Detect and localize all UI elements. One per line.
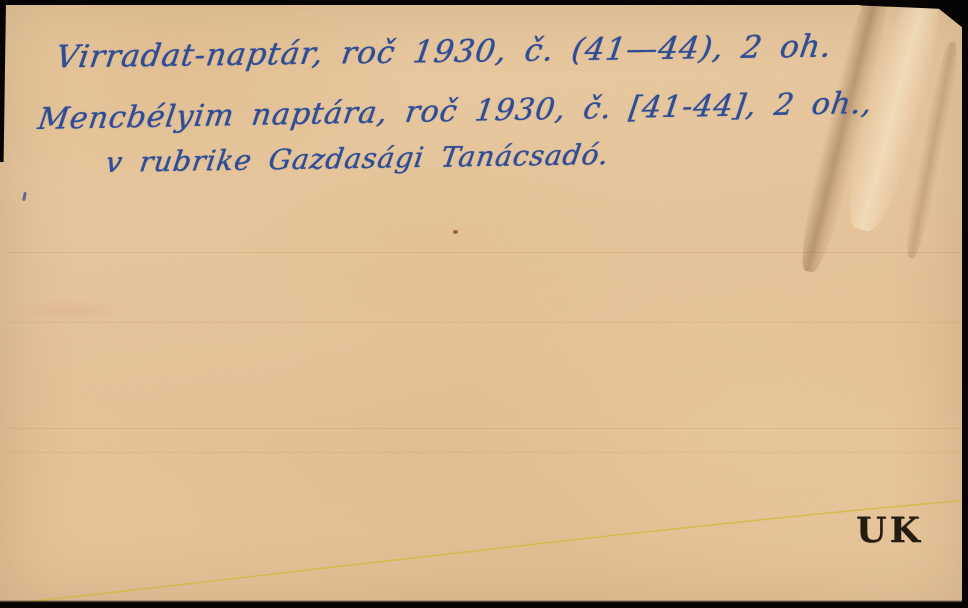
paper-speck: [453, 230, 458, 234]
paper-streak: [8, 428, 960, 429]
handwriting-line-2: Mencbélyim naptára, roč 1930, č. [41-44]…: [36, 86, 875, 137]
scanned-catalog-card: Virradat-naptár, roč 1930, č. (41—44), 2…: [0, 0, 968, 608]
handwriting-line-3: v rubrike Gazdasági Tanácsadó.: [104, 138, 612, 179]
stray-ink-mark: [22, 192, 27, 201]
handwriting-line-1: Virradat-naptár, roč 1930, č. (41—44), 2…: [53, 29, 834, 76]
library-stamp: UK: [856, 510, 923, 551]
scan-edge-top: [0, 0, 968, 5]
scan-edge-bottom: [0, 600, 968, 608]
scan-edge-right: [962, 0, 968, 608]
paper-streak: [8, 452, 960, 453]
faint-stain: [14, 300, 124, 320]
paper-streak: [8, 322, 960, 323]
paper-card: Virradat-naptár, roč 1930, č. (41—44), 2…: [0, 0, 968, 608]
